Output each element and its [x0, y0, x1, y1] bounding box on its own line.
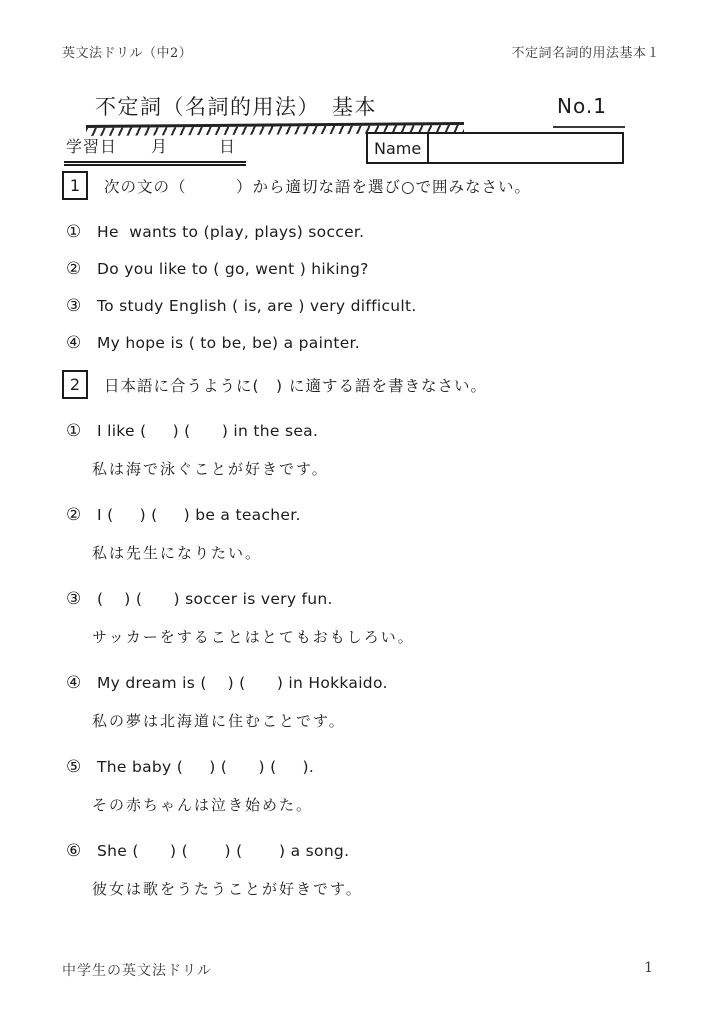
- question-row: ① I like ( ) ( ) in the sea.: [62, 421, 682, 443]
- question-row: ② I ( ) ( ) be a teacher.: [62, 505, 682, 527]
- question-row: ⑤ The baby ( ) ( ) ( ).: [62, 757, 682, 779]
- question-item: ③ ( ) ( ) soccer is very fun. サッカーをすることは…: [62, 589, 682, 647]
- question-item: ⑥ She ( ) ( ) ( ) a song. 彼女は歌をうたうことが好きで…: [62, 841, 682, 899]
- question-number: ⑤: [62, 757, 97, 779]
- page-number: 1: [644, 960, 654, 980]
- header-left: 英文法ドリル（中2）: [62, 42, 192, 61]
- header-right: 不定詞名詞的用法基本１: [511, 42, 660, 61]
- worksheet-page: 英文法ドリル（中2） 不定詞名詞的用法基本１ 不定詞（名詞的用法） 基本 No.…: [0, 0, 724, 1024]
- question-item: ④ My dream is ( ) ( ) in Hokkaido. 私の夢は北…: [62, 673, 682, 731]
- question-text-en: My dream is ( ) ( ) in Hokkaido.: [97, 673, 388, 695]
- question-text-en: I ( ) ( ) be a teacher.: [97, 505, 301, 527]
- question-text-en: To study English ( is, are ) very diffic…: [97, 296, 417, 318]
- title-block: 不定詞（名詞的用法） 基本: [86, 91, 464, 136]
- question-number: ③: [62, 296, 97, 318]
- question-text-ja: サッカーをすることはとてもおもしろい。: [62, 626, 682, 647]
- question-text-ja: 私は海で泳ぐことが好きです。: [62, 458, 682, 479]
- question-number: ②: [62, 259, 97, 281]
- question-row: ③ ( ) ( ) soccer is very fun.: [62, 589, 682, 611]
- section-2-instruction: 日本語に合うように( ) に適する語を書きなさい。: [104, 374, 487, 396]
- question-number: ①: [62, 222, 97, 244]
- section-1-header: 1 次の文の（ ）から適切な語を選び○で囲みなさい。: [62, 171, 682, 200]
- question-row: ④ My hope is ( to be, be) a painter.: [62, 333, 682, 355]
- question-number: ③: [62, 589, 97, 611]
- running-header: 英文法ドリル（中2） 不定詞名詞的用法基本１: [62, 42, 660, 61]
- question-item: ② I ( ) ( ) be a teacher. 私は先生になりたい。: [62, 505, 682, 563]
- question-number: ④: [62, 673, 97, 695]
- question-row: ② Do you like to ( go, went ) hiking?: [62, 259, 682, 281]
- question-text-en: The baby ( ) ( ) ( ).: [97, 757, 314, 779]
- question-text-ja: その赤ちゃんは泣き始めた。: [62, 794, 682, 815]
- question-text-en: My hope is ( to be, be) a painter.: [97, 333, 360, 355]
- question-item: ⑤ The baby ( ) ( ) ( ). その赤ちゃんは泣き始めた。: [62, 757, 682, 815]
- question-text-en: Do you like to ( go, went ) hiking?: [97, 259, 369, 281]
- page-footer: 中学生の英文法ドリル 1: [62, 960, 654, 980]
- question-number: ①: [62, 421, 97, 443]
- name-label: Name: [368, 134, 429, 162]
- worksheet-title: 不定詞（名詞的用法） 基本: [86, 91, 464, 121]
- worksheet-body: 1 次の文の（ ）から適切な語を選び○で囲みなさい。 ① He wants to…: [62, 171, 682, 925]
- question-item: ① I like ( ) ( ) in the sea. 私は海で泳ぐことが好き…: [62, 421, 682, 479]
- question-text-en: I like ( ) ( ) in the sea.: [97, 421, 318, 443]
- question-row: ① He wants to (play, plays) soccer.: [62, 222, 682, 244]
- question-row: ④ My dream is ( ) ( ) in Hokkaido.: [62, 673, 682, 695]
- footer-series-title: 中学生の英文法ドリル: [62, 960, 212, 980]
- question-number: ④: [62, 333, 97, 355]
- question-text-ja: 彼女は歌をうたうことが好きです。: [62, 878, 682, 899]
- name-box: Name: [366, 132, 624, 164]
- study-date-field: 学習日 月 日: [64, 134, 246, 166]
- question-text-ja: 私は先生になりたい。: [62, 542, 682, 563]
- section-2-number-badge: 2: [62, 370, 88, 399]
- question-text-en: ( ) ( ) soccer is very fun.: [97, 589, 333, 611]
- section-1-instruction: 次の文の（ ）から適切な語を選び○で囲みなさい。: [104, 175, 531, 197]
- question-text-ja: 私の夢は北海道に住むことです。: [62, 710, 682, 731]
- section-1-number-badge: 1: [62, 171, 88, 200]
- question-row: ③ To study English ( is, are ) very diff…: [62, 296, 682, 318]
- question-text-en: He wants to (play, plays) soccer.: [97, 222, 364, 244]
- question-number: ⑥: [62, 841, 97, 863]
- question-number: ②: [62, 505, 97, 527]
- question-text-en: She ( ) ( ) ( ) a song.: [97, 841, 349, 863]
- section-2-header: 2 日本語に合うように( ) に適する語を書きなさい。: [62, 370, 682, 399]
- name-input-area: [429, 134, 622, 162]
- worksheet-number: No.1: [557, 94, 607, 118]
- question-row: ⑥ She ( ) ( ) ( ) a song.: [62, 841, 682, 863]
- worksheet-number-underline: [553, 126, 625, 128]
